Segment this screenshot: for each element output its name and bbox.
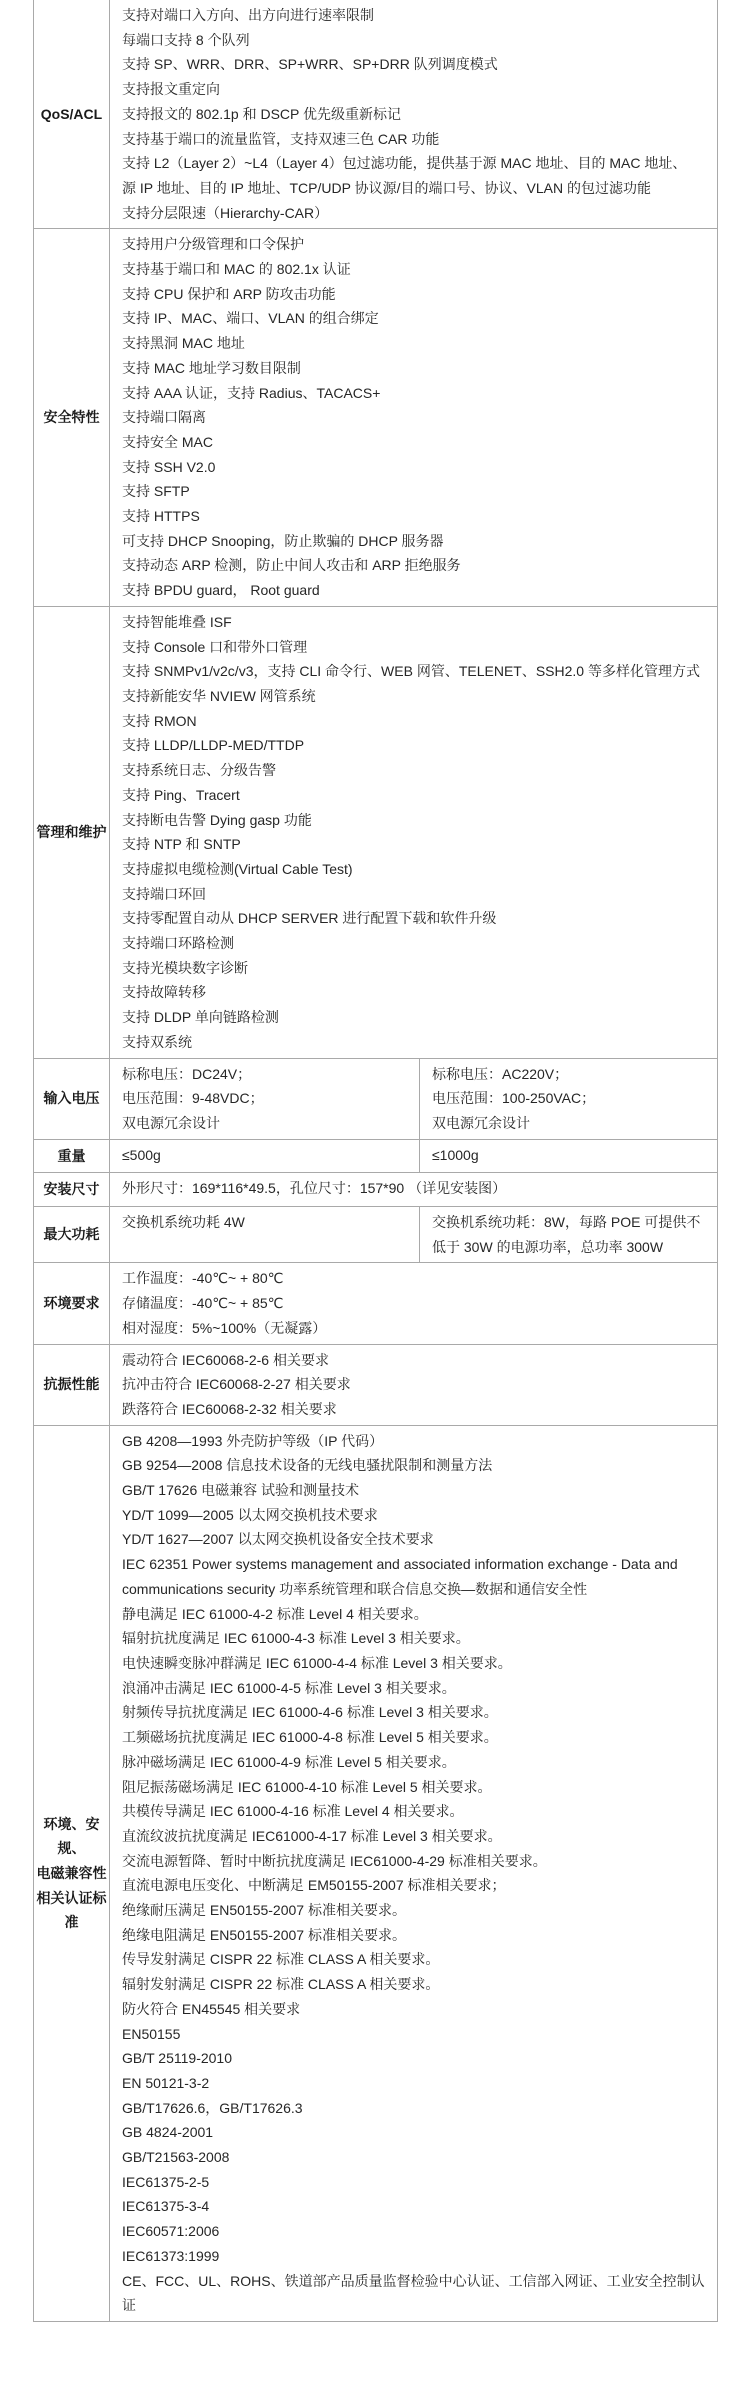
spec-feature-list: 支持对端口入方向、出方向进行速率限制每端口支持 8 个队列支持 SP、WRR、D… bbox=[110, 0, 717, 228]
spec-feature-list: GB 4208—1993 外壳防护等级（IP 代码）GB 9254—2008 信… bbox=[110, 1426, 717, 2321]
spec-feature-item: 支持智能堆叠 ISF bbox=[122, 610, 705, 635]
spec-row: 安全特性支持用户分级管理和口令保护支持基于端口和 MAC 的 802.1x 认证… bbox=[34, 229, 717, 607]
spec-section-label: 重量 bbox=[34, 1140, 110, 1173]
spec-feature-item: 直流纹波抗扰度满足 IEC61000-4-17 标准 Level 3 相关要求。 bbox=[122, 1824, 705, 1849]
spec-section-label: 抗振性能 bbox=[34, 1345, 110, 1425]
spec-feature-item: 支持 NTP 和 SNTP bbox=[122, 832, 705, 857]
spec-feature-item: 支持 SSH V2.0 bbox=[122, 455, 705, 480]
spec-feature-item: 支持 LLDP/LLDP-MED/TTDP bbox=[122, 733, 705, 758]
spec-section-label-line: 环境、安规、 bbox=[36, 1812, 107, 1861]
spec-feature-item: 防火符合 EN45545 相关要求 bbox=[122, 1997, 705, 2022]
spec-feature-item: EN50155 bbox=[122, 2022, 705, 2047]
spec-row: 输入电压标称电压：DC24V；电压范围：9-48VDC；双电源冗余设计标称电压：… bbox=[34, 1059, 717, 1140]
spec-feature-item: 存储温度：-40℃~ + 85℃ bbox=[122, 1291, 705, 1316]
spec-feature-item: 共模传导满足 IEC 61000-4-16 标准 Level 4 相关要求。 bbox=[122, 1799, 705, 1824]
spec-section-label: 环境要求 bbox=[34, 1263, 110, 1343]
spec-feature-item: GB/T17626.6，GB/T17626.3 bbox=[122, 2096, 705, 2121]
spec-feature-item: 支持端口隔离 bbox=[122, 405, 705, 430]
spec-feature-item: 绝缘电阻满足 EN50155-2007 标准相关要求。 bbox=[122, 1923, 705, 1948]
spec-section-label: 安装尺寸 bbox=[34, 1173, 110, 1206]
spec-feature-item: 支持对端口入方向、出方向进行速率限制 bbox=[122, 3, 705, 28]
spec-feature-item: 支持 SFTP bbox=[122, 479, 705, 504]
spec-feature-item: GB 9254—2008 信息技术设备的无线电骚扰限制和测量方法 bbox=[122, 1453, 705, 1478]
spec-value-left: ≤500g bbox=[110, 1140, 420, 1173]
spec-feature-item: 辐射发射满足 CISPR 22 标准 CLASS A 相关要求。 bbox=[122, 1972, 705, 1997]
spec-feature-item: 标称电压：DC24V； bbox=[122, 1062, 407, 1087]
spec-feature-item: 源 IP 地址、目的 IP 地址、TCP/UDP 协议源/目的端口号、协议、VL… bbox=[122, 176, 705, 201]
spec-section-label-line: 电磁兼容性 bbox=[37, 1861, 107, 1886]
spec-feature-item: 支持 MAC 地址学习数目限制 bbox=[122, 356, 705, 381]
spec-row: 管理和维护支持智能堆叠 ISF支持 Console 口和带外口管理支持 SNMP… bbox=[34, 607, 717, 1059]
spec-feature-item: 支持用户分级管理和口令保护 bbox=[122, 232, 705, 257]
spec-feature-item: 震动符合 IEC60068-2-6 相关要求 bbox=[122, 1348, 705, 1373]
spec-feature-item: GB/T 17626 电磁兼容 试验和测量技术 bbox=[122, 1478, 705, 1503]
spec-section-label-line: 输入电压 bbox=[44, 1086, 100, 1111]
spec-feature-item: 辐射抗扰度满足 IEC 61000-4-3 标准 Level 3 相关要求。 bbox=[122, 1626, 705, 1651]
spec-section-label: QoS/ACL bbox=[34, 0, 110, 228]
spec-split-cell: ≤500g≤1000g bbox=[110, 1140, 717, 1173]
spec-feature-list: 支持用户分级管理和口令保护支持基于端口和 MAC 的 802.1x 认证支持 C… bbox=[110, 229, 717, 606]
spec-value-left: 交换机系统功耗 4W bbox=[110, 1207, 420, 1262]
spec-feature-item: 可支持 DHCP Snooping，防止欺骗的 DHCP 服务器 bbox=[122, 529, 705, 554]
spec-row: 安装尺寸外形尺寸：169*116*49.5，孔位尺寸：157*90 （详见安装图… bbox=[34, 1173, 717, 1207]
spec-row: QoS/ACL支持对端口入方向、出方向进行速率限制每端口支持 8 个队列支持 S… bbox=[34, 0, 717, 229]
spec-feature-item: IEC61373:1999 bbox=[122, 2244, 705, 2269]
spec-feature-item: 支持零配置自动从 DHCP SERVER 进行配置下载和软件升级 bbox=[122, 906, 705, 931]
spec-feature-item: 支持断电告警 Dying gasp 功能 bbox=[122, 808, 705, 833]
spec-feature-item: 每端口支持 8 个队列 bbox=[122, 28, 705, 53]
spec-feature-item: 支持基于端口的流量监管，支持双速三色 CAR 功能 bbox=[122, 127, 705, 152]
spec-section-label-line: 相关认证标准 bbox=[36, 1886, 107, 1935]
spec-feature-item: 支持 L2（Layer 2）~L4（Layer 4）包过滤功能，提供基于源 MA… bbox=[122, 151, 705, 176]
spec-row: 重量≤500g≤1000g bbox=[34, 1140, 717, 1174]
spec-feature-item: CE、FCC、UL、ROHS、铁道部产品质量监督检验中心认证、工信部入网证、工业… bbox=[122, 2269, 705, 2318]
spec-section-label-line: 安全特性 bbox=[44, 405, 100, 430]
spec-row: 最大功耗交换机系统功耗 4W交换机系统功耗：8W，每路 POE 可提供不低于 3… bbox=[34, 1207, 717, 1263]
spec-value-right: ≤1000g bbox=[420, 1140, 717, 1173]
spec-feature-item: 支持端口环路检测 bbox=[122, 931, 705, 956]
spec-feature-item: YD/T 1099—2005 以太网交换机技术要求 bbox=[122, 1503, 705, 1528]
spec-feature-item: YD/T 1627—2007 以太网交换机设备安全技术要求 bbox=[122, 1527, 705, 1552]
spec-feature-item: 支持光模块数字诊断 bbox=[122, 956, 705, 981]
spec-value-cell: 外形尺寸：169*116*49.5，孔位尺寸：157*90 （详见安装图） bbox=[110, 1173, 717, 1206]
spec-feature-item: 支持 HTTPS bbox=[122, 504, 705, 529]
spec-value-left: 标称电压：DC24V；电压范围：9-48VDC；双电源冗余设计 bbox=[110, 1059, 420, 1139]
spec-table: QoS/ACL支持对端口入方向、出方向进行速率限制每端口支持 8 个队列支持 S… bbox=[33, 0, 718, 2322]
spec-feature-item: 支持 Console 口和带外口管理 bbox=[122, 635, 705, 660]
spec-feature-item: 支持虚拟电缆检测(Virtual Cable Test) bbox=[122, 857, 705, 882]
spec-feature-item: 传导发射满足 CISPR 22 标准 CLASS A 相关要求。 bbox=[122, 1947, 705, 1972]
spec-feature-item: 支持动态 ARP 检测，防止中间人攻击和 ARP 拒绝服务 bbox=[122, 553, 705, 578]
spec-feature-item: 支持报文重定向 bbox=[122, 77, 705, 102]
spec-feature-item: 支持黑洞 MAC 地址 bbox=[122, 331, 705, 356]
spec-feature-item: 抗冲击符合 IEC60068-2-27 相关要求 bbox=[122, 1372, 705, 1397]
spec-feature-item: 跌落符合 IEC60068-2-32 相关要求 bbox=[122, 1397, 705, 1422]
spec-feature-item: 支持 Ping、Tracert bbox=[122, 783, 705, 808]
spec-feature-item: 交流电源暂降、暂时中断抗扰度满足 IEC61000-4-29 标准相关要求。 bbox=[122, 1849, 705, 1874]
spec-feature-item: GB/T21563-2008 bbox=[122, 2145, 705, 2170]
spec-feature-item: 支持 SNMPv1/v2c/v3，支持 CLI 命令行、WEB 网管、TELEN… bbox=[122, 659, 705, 684]
spec-section-label: 管理和维护 bbox=[34, 607, 110, 1058]
spec-feature-item: 支持 CPU 保护和 ARP 防攻击功能 bbox=[122, 282, 705, 307]
spec-section-label-line: 最大功耗 bbox=[44, 1222, 100, 1247]
spec-split-cell: 交换机系统功耗 4W交换机系统功耗：8W，每路 POE 可提供不低于 30W 的… bbox=[110, 1207, 717, 1262]
spec-section-label: 最大功耗 bbox=[34, 1207, 110, 1262]
spec-feature-item: 支持新能安华 NVIEW 网管系统 bbox=[122, 684, 705, 709]
spec-section-label-line: 环境要求 bbox=[44, 1291, 100, 1316]
spec-section-label-line: QoS/ACL bbox=[41, 102, 102, 127]
spec-feature-item: 绝缘耐压满足 EN50155-2007 标准相关要求。 bbox=[122, 1898, 705, 1923]
spec-feature-item: 射频传导抗扰度满足 IEC 61000-4-6 标准 Level 3 相关要求。 bbox=[122, 1700, 705, 1725]
spec-feature-item: 相对湿度：5%~100%（无凝露） bbox=[122, 1316, 705, 1341]
spec-feature-item: 支持 BPDU guard， Root guard bbox=[122, 578, 705, 603]
spec-feature-item: IEC61375-2-5 bbox=[122, 2170, 705, 2195]
spec-feature-item: 支持报文的 802.1p 和 DSCP 优先级重新标记 bbox=[122, 102, 705, 127]
spec-section-label-line: 重量 bbox=[58, 1144, 86, 1169]
spec-feature-item: 支持 DLDP 单向链路检测 bbox=[122, 1005, 705, 1030]
spec-feature-item: 支持端口环回 bbox=[122, 882, 705, 907]
spec-feature-item: 支持故障转移 bbox=[122, 980, 705, 1005]
spec-feature-item: 脉冲磁场满足 IEC 61000-4-9 标准 Level 5 相关要求。 bbox=[122, 1750, 705, 1775]
spec-feature-list: 工作温度：-40℃~ + 80℃存储温度：-40℃~ + 85℃相对湿度：5%~… bbox=[110, 1263, 717, 1343]
spec-feature-list: 支持智能堆叠 ISF支持 Console 口和带外口管理支持 SNMPv1/v2… bbox=[110, 607, 717, 1058]
spec-row: 抗振性能震动符合 IEC60068-2-6 相关要求抗冲击符合 IEC60068… bbox=[34, 1345, 717, 1426]
spec-section-label-line: 管理和维护 bbox=[37, 820, 107, 845]
spec-section-label-line: 抗振性能 bbox=[44, 1372, 100, 1397]
spec-feature-item: 工作温度：-40℃~ + 80℃ bbox=[122, 1266, 705, 1291]
spec-feature-item: 电压范围：100-250VAC； bbox=[432, 1086, 705, 1111]
spec-section-label: 安全特性 bbox=[34, 229, 110, 606]
spec-feature-item: 支持 AAA 认证，支持 Radius、TACACS+ bbox=[122, 381, 705, 406]
spec-feature-item: 支持 IP、MAC、端口、VLAN 的组合绑定 bbox=[122, 306, 705, 331]
spec-feature-item: GB 4824-2001 bbox=[122, 2120, 705, 2145]
spec-feature-list: 震动符合 IEC60068-2-6 相关要求抗冲击符合 IEC60068-2-2… bbox=[110, 1345, 717, 1425]
spec-feature-item: 工频磁场抗扰度满足 IEC 61000-4-8 标准 Level 5 相关要求。 bbox=[122, 1725, 705, 1750]
spec-feature-item: 阻尼振荡磁场满足 IEC 61000-4-10 标准 Level 5 相关要求。 bbox=[122, 1775, 705, 1800]
spec-feature-item: 支持基于端口和 MAC 的 802.1x 认证 bbox=[122, 257, 705, 282]
spec-feature-item: 电快速瞬变脉冲群满足 IEC 61000-4-4 标准 Level 3 相关要求… bbox=[122, 1651, 705, 1676]
spec-feature-item: 电压范围：9-48VDC； bbox=[122, 1086, 407, 1111]
spec-row: 环境要求工作温度：-40℃~ + 80℃存储温度：-40℃~ + 85℃相对湿度… bbox=[34, 1263, 717, 1344]
spec-feature-item: 标称电压：AC220V； bbox=[432, 1062, 705, 1087]
spec-page: QoS/ACL支持对端口入方向、出方向进行速率限制每端口支持 8 个队列支持 S… bbox=[0, 0, 750, 2392]
spec-value-right: 交换机系统功耗：8W，每路 POE 可提供不低于 30W 的电源功率，总功率 3… bbox=[420, 1207, 717, 1262]
spec-feature-item: 静电满足 IEC 61000-4-2 标准 Level 4 相关要求。 bbox=[122, 1602, 705, 1627]
spec-row: 环境、安规、电磁兼容性相关认证标准GB 4208—1993 外壳防护等级（IP … bbox=[34, 1426, 717, 2322]
spec-section-label-line: 安装尺寸 bbox=[44, 1177, 100, 1202]
spec-feature-item: IEC60571:2006 bbox=[122, 2219, 705, 2244]
spec-section-label: 环境、安规、电磁兼容性相关认证标准 bbox=[34, 1426, 110, 2321]
spec-feature-item: IEC61375-3-4 bbox=[122, 2194, 705, 2219]
spec-feature-item: 支持系统日志、分级告警 bbox=[122, 758, 705, 783]
spec-feature-item: 支持安全 MAC bbox=[122, 430, 705, 455]
spec-feature-item: 直流电源电压变化、中断满足 EM50155-2007 标准相关要求； bbox=[122, 1873, 705, 1898]
spec-feature-item: 双电源冗余设计 bbox=[122, 1111, 407, 1136]
spec-feature-item: 浪涌冲击满足 IEC 61000-4-5 标准 Level 3 相关要求。 bbox=[122, 1676, 705, 1701]
spec-feature-item: 支持 RMON bbox=[122, 709, 705, 734]
spec-feature-item: 双电源冗余设计 bbox=[432, 1111, 705, 1136]
spec-split-cell: 标称电压：DC24V；电压范围：9-48VDC；双电源冗余设计标称电压：AC22… bbox=[110, 1059, 717, 1139]
spec-feature-item: 支持双系统 bbox=[122, 1030, 705, 1055]
spec-feature-item: 支持分层限速（Hierarchy-CAR） bbox=[122, 201, 705, 226]
spec-feature-item: GB/T 25119-2010 bbox=[122, 2046, 705, 2071]
spec-value-right: 标称电压：AC220V；电压范围：100-250VAC；双电源冗余设计 bbox=[420, 1059, 717, 1139]
spec-feature-item: 支持 SP、WRR、DRR、SP+WRR、SP+DRR 队列调度模式 bbox=[122, 52, 705, 77]
spec-feature-item: IEC 62351 Power systems management and a… bbox=[122, 1552, 705, 1601]
spec-feature-item: GB 4208—1993 外壳防护等级（IP 代码） bbox=[122, 1429, 705, 1454]
spec-section-label: 输入电压 bbox=[34, 1059, 110, 1139]
spec-feature-item: EN 50121-3-2 bbox=[122, 2071, 705, 2096]
